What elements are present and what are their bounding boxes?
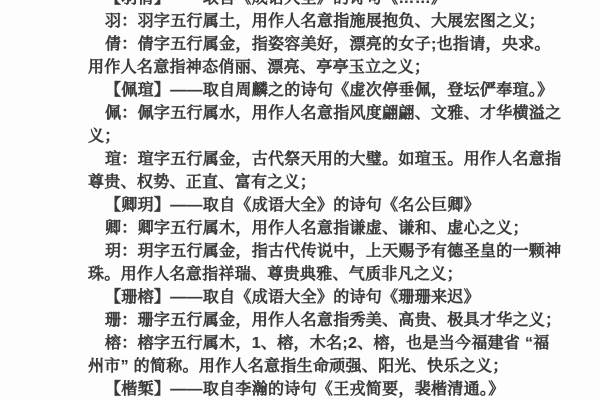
text-line: 佩：佩字五行属水，用作人名意指风度翩翩、文雅、才华横溢之: [0, 102, 600, 125]
text-line: 义；: [0, 125, 600, 148]
text-line: 州市” 的简称。用作人名意指生命顽强、阳光、快乐之义；: [0, 355, 600, 378]
text-line: 卿：卿字五行属木，用作人名意指谦虚、谦和、虚心之义；: [0, 217, 600, 240]
text-line: 【楷椠】——取自李瀚的诗句《王戎简要，裴楷清通。》: [0, 378, 600, 400]
text-line: 用作人名意指神态俏丽、漂亮、亭亭玉立之义；: [0, 56, 600, 79]
text-line: 倩：倩字五行属金，指姿容美好，漂亮的女子;也指请，央求。: [0, 33, 600, 56]
article-page: 【羽倩】——取自《成语大全》的诗句《……》羽：羽字五行属土，用作人名意指施展抱负…: [0, 0, 600, 400]
text-line: 尊贵、权势、正直、富有之义；: [0, 171, 600, 194]
text-line: 珠。用作人名意指祥瑞、尊贵典雅、气质非凡之义；: [0, 263, 600, 286]
text-line: 【珊榕】——取自《成语大全》的诗句《珊珊来迟》: [0, 286, 600, 309]
text-line: 羽：羽字五行属土，用作人名意指施展抱负、大展宏图之义；: [0, 10, 600, 33]
text-line: 【卿玥】——取自《成语大全》的诗句《名公巨卿》: [0, 194, 600, 217]
text-line: 【佩瑄】——取自周麟之的诗句《虚次停垂佩，登坛俨奉瑄。》: [0, 79, 600, 102]
text-line: 榕：榕字五行属木，1、榕，木名;2、榕，也是当今福建省 “福: [0, 332, 600, 355]
text-line: 珊：珊字五行属金，用作人名意指秀美、高贵、极具才华之义；: [0, 309, 600, 332]
article-body: 【羽倩】——取自《成语大全》的诗句《……》羽：羽字五行属土，用作人名意指施展抱负…: [0, 0, 600, 400]
text-line: 【羽倩】——取自《成语大全》的诗句《……》: [0, 0, 600, 10]
text-line: 瑄：瑄字五行属金，古代祭天用的大璧。如瑄玉。用作人名意指: [0, 148, 600, 171]
text-line: 玥：玥字五行属金，指古代传说中，上天赐予有德圣皇的一颗神: [0, 240, 600, 263]
